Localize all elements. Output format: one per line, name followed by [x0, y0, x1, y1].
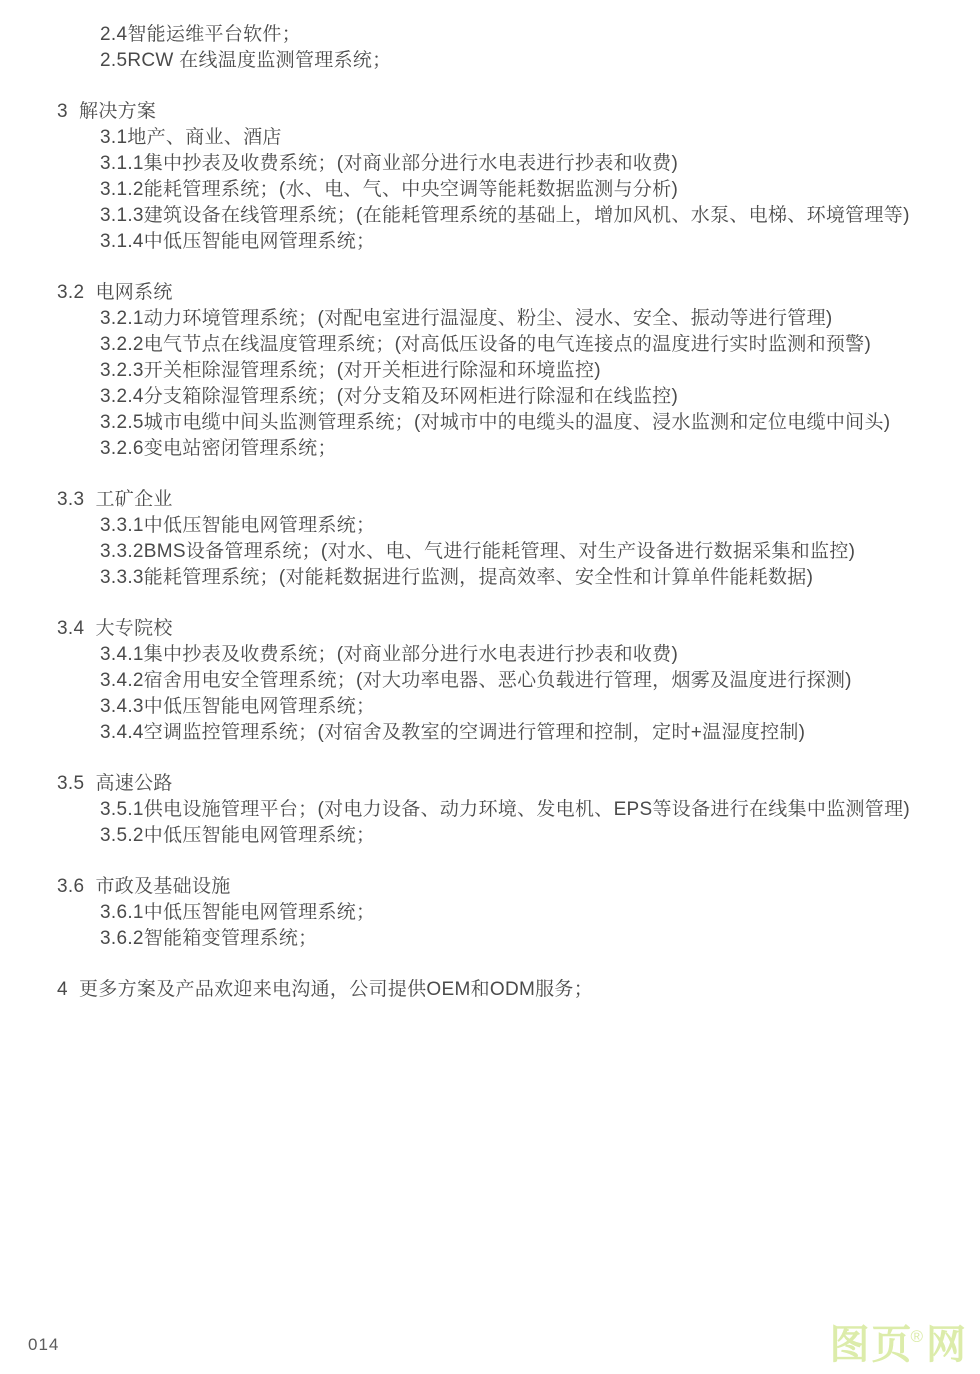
registered-trademark-icon: ®: [910, 1328, 923, 1345]
doc-heading: 3.6 市政及基础设施: [0, 874, 980, 900]
doc-heading: 3.4 大专院校: [0, 616, 980, 642]
doc-line: 3.1.3建筑设备在线管理系统；(在能耗管理系统的基础上，增加风机、水泵、电梯、…: [0, 203, 980, 229]
document-content: 2.4智能运维平台软件；2.5RCW 在线温度监测管理系统；3 解决方案3.1地…: [0, 0, 980, 1003]
doc-line: 3.2.3开关柜除湿管理系统；(对开关柜进行除湿和环境监控): [0, 358, 980, 384]
doc-block: 3.2 电网系统3.2.1动力环境管理系统；(对配电室进行温湿度、粉尘、浸水、安…: [0, 280, 980, 462]
doc-line: 3.2.1动力环境管理系统；(对配电室进行温湿度、粉尘、浸水、安全、振动等进行管…: [0, 306, 980, 332]
doc-line: 3.2.2电气节点在线温度管理系统；(对高低压设备的电气连接点的温度进行实时监测…: [0, 332, 980, 358]
doc-line: 3.5.2中低压智能电网管理系统；: [0, 823, 980, 849]
page-number: 014: [28, 1336, 59, 1353]
doc-block: 3 解决方案3.1地产、商业、酒店3.1.1集中抄表及收费系统；(对商业部分进行…: [0, 99, 980, 255]
doc-line: 3.3.3能耗管理系统；(对能耗数据进行监测，提高效率、安全性和计算单件能耗数据…: [0, 565, 980, 591]
doc-line: 2.5RCW 在线温度监测管理系统；: [0, 48, 980, 74]
doc-block: 4 更多方案及产品欢迎来电沟通，公司提供OEM和ODM服务；: [0, 977, 980, 1003]
doc-line: 3.2.4分支箱除湿管理系统；(对分支箱及环网柜进行除湿和在线监控): [0, 384, 980, 410]
doc-line: 3.6.1中低压智能电网管理系统；: [0, 900, 980, 926]
watermark-text-right: 网: [926, 1323, 968, 1367]
doc-line: 3.4.2宿舍用电安全管理系统；(对大功率电器、恶心负载进行管理，烟雾及温度进行…: [0, 668, 980, 694]
doc-heading: 3.3 工矿企业: [0, 487, 980, 513]
doc-line: 3.1.2能耗管理系统；(水、电、气、中央空调等能耗数据监测与分析): [0, 177, 980, 203]
document-page: 2.4智能运维平台软件；2.5RCW 在线温度监测管理系统；3 解决方案3.1地…: [0, 0, 980, 1374]
doc-heading: 3.2 电网系统: [0, 280, 980, 306]
watermark-logo: 图页®网: [829, 1325, 968, 1365]
doc-line: 3.2.6变电站密闭管理系统；: [0, 436, 980, 462]
doc-line: 3.4.4空调监控管理系统；(对宿舍及教室的空调进行管理和控制，定时+温湿度控制…: [0, 720, 980, 746]
doc-heading: 3.5 高速公路: [0, 771, 980, 797]
doc-line: 3.6.2智能箱变管理系统；: [0, 926, 980, 952]
doc-line: 3.3.2BMS设备管理系统；(对水、电、气进行能耗管理、对生产设备进行数据采集…: [0, 539, 980, 565]
doc-line: 3.1地产、商业、酒店: [0, 125, 980, 151]
doc-block: 3.3 工矿企业3.3.1中低压智能电网管理系统；3.3.2BMS设备管理系统；…: [0, 487, 980, 591]
doc-block: 2.4智能运维平台软件；2.5RCW 在线温度监测管理系统；: [0, 22, 980, 74]
doc-heading: 4 更多方案及产品欢迎来电沟通，公司提供OEM和ODM服务；: [0, 977, 980, 1003]
doc-line: 3.4.1集中抄表及收费系统；(对商业部分进行水电表进行抄表和收费): [0, 642, 980, 668]
doc-block: 3.4 大专院校3.4.1集中抄表及收费系统；(对商业部分进行水电表进行抄表和收…: [0, 616, 980, 746]
doc-line: 2.4智能运维平台软件；: [0, 22, 980, 48]
doc-line: 3.3.1中低压智能电网管理系统；: [0, 513, 980, 539]
doc-block: 3.5 高速公路3.5.1供电设施管理平台；(对电力设备、动力环境、发电机、EP…: [0, 771, 980, 849]
doc-line: 3.1.4中低压智能电网管理系统；: [0, 229, 980, 255]
doc-line: 3.5.1供电设施管理平台；(对电力设备、动力环境、发电机、EPS等设备进行在线…: [0, 797, 980, 823]
watermark-text-left: 图页: [829, 1323, 913, 1367]
doc-heading: 3 解决方案: [0, 99, 980, 125]
doc-line: 3.1.1集中抄表及收费系统；(对商业部分进行水电表进行抄表和收费): [0, 151, 980, 177]
doc-line: 3.4.3中低压智能电网管理系统；: [0, 694, 980, 720]
doc-line: 3.2.5城市电缆中间头监测管理系统；(对城市中的电缆头的温度、浸水监测和定位电…: [0, 410, 980, 436]
doc-block: 3.6 市政及基础设施3.6.1中低压智能电网管理系统；3.6.2智能箱变管理系…: [0, 874, 980, 952]
